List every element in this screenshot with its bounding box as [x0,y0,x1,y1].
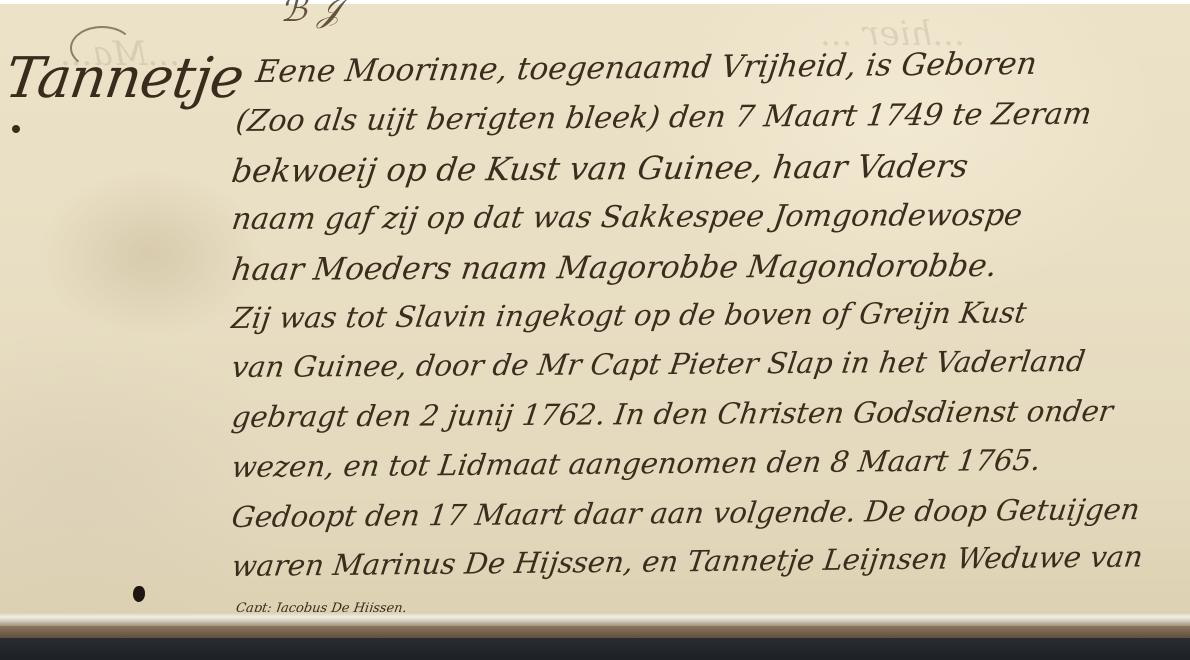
text-line-8: gebragt den 2 junij 1762. In den Christe… [230,394,1115,434]
text-line-3: bekwoeij op de Kust van Guinee, haar Vad… [229,147,970,190]
text-line-10: Gedoopt den 17 Maart daar aan volgende. … [230,492,1142,534]
top-heading-fragment: ℬ 𝒥 [280,0,341,30]
dark-background-surface [0,638,1190,660]
manuscript-page: ...hier ... ...Ma... ℬ 𝒥 Tannetje Eene M… [0,4,1190,616]
text-line-11: waren Marinus De Hijssen, en Tannetje Le… [230,539,1145,583]
ink-mark [12,125,20,133]
text-line-1: Eene Moorinne, toegenaamd Vrijheid, is G… [254,46,1039,90]
manuscript-photo: ...hier ... ...Ma... ℬ 𝒥 Tannetje Eene M… [0,0,1190,660]
page-bottom-edge [0,612,1190,626]
text-line-9: wezen, en tot Lidmaat aangenomen den 8 M… [230,443,1043,484]
text-line-7: van Guinee, door de Mr Capt Pieter Slap … [230,344,1088,384]
book-spine-edge [0,626,1190,638]
text-line-2: (Zoo als uijt berigten bleek) den 7 Maar… [234,97,1094,139]
text-line-5: haar Moeders naam Magorobbe Magondorobbe… [230,248,999,288]
text-line-4: naam gaf zij op dat was Sakkespee Jomgon… [230,198,1025,237]
text-line-6: Zij was tot Slavin ingekogt op de boven … [230,295,1029,335]
margin-name: Tannetje [1,46,247,111]
ink-blot [133,586,145,602]
